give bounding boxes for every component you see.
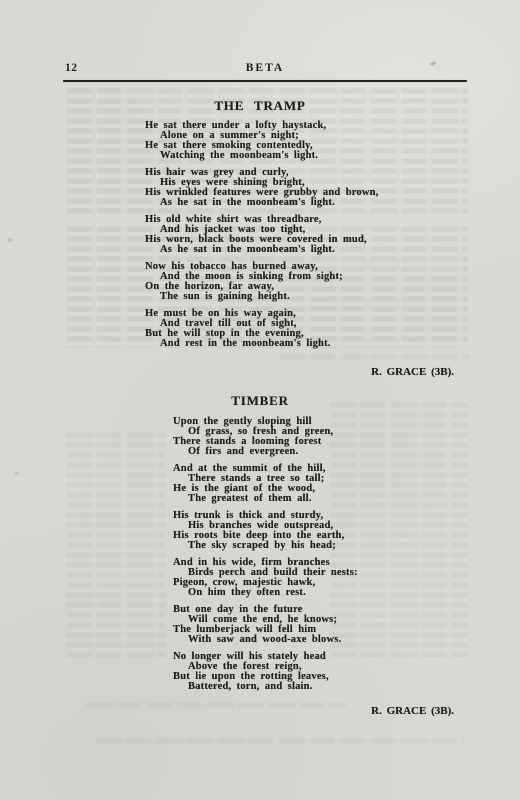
poem-line: With saw and wood-axe blows. xyxy=(173,635,358,645)
header-title: BETA xyxy=(63,62,467,74)
poem-line: As he sat in the moonbeam's light. xyxy=(145,245,379,255)
showthrough-ghost-text xyxy=(66,430,166,660)
stanza: He sat there under a lofty haystack,Alon… xyxy=(145,121,379,161)
poem-title: TIMBER xyxy=(0,393,520,409)
stanza: He must be on his way again,And travel t… xyxy=(145,309,379,349)
poem-author: R. GRACE (3B). xyxy=(371,705,454,717)
poem-line: And rest in the moonbeam's light. xyxy=(145,339,379,349)
scanned-page: 12 BETA THE TRAMP He sat there under a l… xyxy=(0,0,520,800)
stanza: Now his tobacco has burned away,And the … xyxy=(145,262,379,302)
stanza: His trunk is thick and sturdy,His branch… xyxy=(173,511,358,551)
stanza: But one day in the futureWill come the e… xyxy=(173,605,358,645)
poem-line: The sky scraped by his head; xyxy=(173,541,358,551)
header-rule xyxy=(63,80,467,82)
scan-speck xyxy=(14,472,19,475)
stanza: And in his wide, firm branchesBirds perc… xyxy=(173,558,358,598)
showthrough-ghost-text xyxy=(86,700,346,712)
poem-line: On him they often rest. xyxy=(173,588,358,598)
poem-line: Watching the moonbeam's light. xyxy=(145,151,379,161)
poem-body: He sat there under a lofty haystack,Alon… xyxy=(145,121,379,356)
poem-line: Of firs and evergreen. xyxy=(173,447,358,457)
showthrough-ghost-text xyxy=(96,736,464,746)
stanza: And at the summit of the hill,There stan… xyxy=(173,464,358,504)
stanza: Upon the gently sloping hillOf grass, so… xyxy=(173,417,358,457)
stanza: His old white shirt was threadbare,And h… xyxy=(145,215,379,255)
poem-line: The greatest of them all. xyxy=(173,494,358,504)
poem-line: The sun is gaining height. xyxy=(145,292,379,302)
poem-title: THE TRAMP xyxy=(0,98,520,114)
poem-line: Battered, torn, and slain. xyxy=(173,682,358,692)
stanza: His hair was grey and curly,His eyes wer… xyxy=(145,168,379,208)
running-head: 12 BETA xyxy=(63,62,467,78)
poem-line: As he sat in the moonbeam's light. xyxy=(145,198,379,208)
scan-speck xyxy=(8,238,12,242)
poem-body: Upon the gently sloping hillOf grass, so… xyxy=(173,417,358,699)
stanza: No longer will his stately headAbove the… xyxy=(173,652,358,692)
poem-author: R. GRACE (3B). xyxy=(371,366,454,378)
